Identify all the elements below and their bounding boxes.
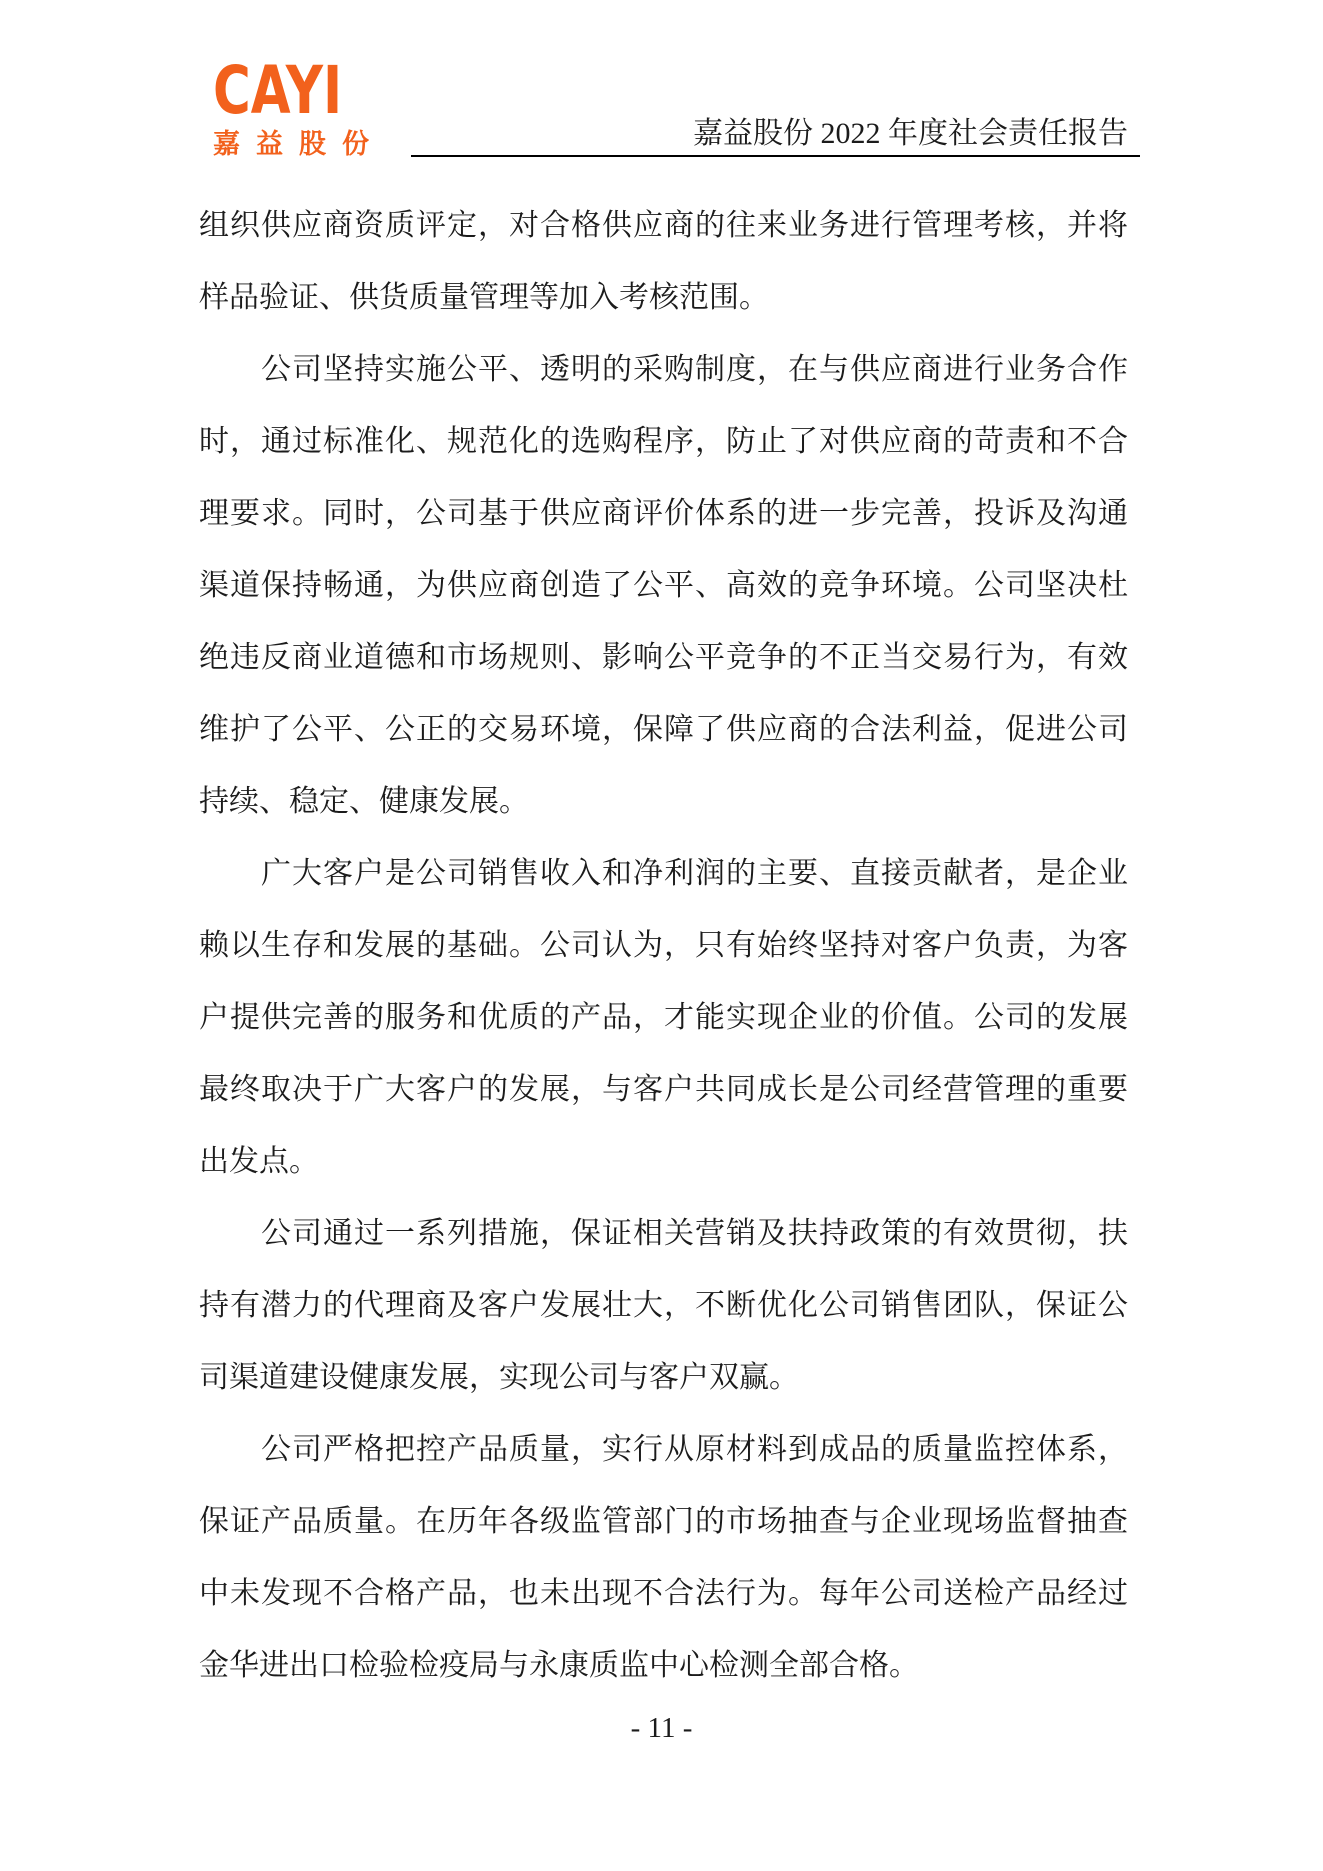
body-line: 保证产品质量。在历年各级监管部门的市场抽查与企业现场监督抽查 (199, 1486, 1128, 1558)
body-line: 广大客户是公司销售收入和净利润的主要、直接贡献者，是企业 (199, 838, 1128, 910)
body-line: 理要求。同时，公司基于供应商评价体系的进一步完善，投诉及沟通 (199, 478, 1128, 550)
report-page: CAYI 嘉益股份 嘉益股份 2022 年度社会责任报告 组织供应商资质评定，对… (0, 0, 1323, 1871)
body-line: 户提供完善的服务和优质的产品，才能实现企业的价值。公司的发展 (199, 982, 1128, 1054)
body-line: 司渠道建设健康发展，实现公司与客户双赢。 (199, 1342, 1128, 1414)
body-line: 最终取决于广大客户的发展，与客户共同成长是公司经营管理的重要 (199, 1054, 1128, 1126)
body-line: 金华进出口检验检疫局与永康质监中心检测全部合格。 (199, 1630, 1128, 1702)
report-body: 组织供应商资质评定，对合格供应商的往来业务进行管理考核，并将 样品验证、供货质量… (199, 190, 1128, 1702)
body-line: 赖以生存和发展的基础。公司认为，只有始终坚持对客户负责，为客 (199, 910, 1128, 982)
logo-subtitle-text: 嘉益股份 (213, 130, 385, 160)
body-line: 维护了公平、公正的交易环境，保障了供应商的合法利益，促进公司 (199, 694, 1128, 766)
body-line: 组织供应商资质评定，对合格供应商的往来业务进行管理考核，并将 (199, 190, 1128, 262)
logo-brand-text: CAYI (213, 58, 342, 124)
body-line: 样品验证、供货质量管理等加入考核范围。 (199, 262, 1128, 334)
body-line: 中未发现不合格产品，也未出现不合法行为。每年公司送检产品经过 (199, 1558, 1128, 1630)
report-header-title: 嘉益股份 2022 年度社会责任报告 (693, 116, 1128, 152)
header-rule-line (411, 155, 1140, 157)
body-line: 持续、稳定、健康发展。 (199, 766, 1128, 838)
page-number: - 11 - (0, 1712, 1323, 1745)
body-line: 时，通过标准化、规范化的选购程序，防止了对供应商的苛责和不合 (199, 406, 1128, 478)
body-line: 公司通过一系列措施，保证相关营销及扶持政策的有效贯彻，扶 (199, 1198, 1128, 1270)
body-line: 公司严格把控产品质量，实行从原材料到成品的质量监控体系， (199, 1414, 1128, 1486)
body-line: 渠道保持畅通，为供应商创造了公平、高效的竞争环境。公司坚决杜 (199, 550, 1128, 622)
company-logo: CAYI 嘉益股份 (213, 58, 385, 160)
body-line: 出发点。 (199, 1126, 1128, 1198)
body-line: 绝违反商业道德和市场规则、影响公平竞争的不正当交易行为，有效 (199, 622, 1128, 694)
body-line: 公司坚持实施公平、透明的采购制度，在与供应商进行业务合作 (199, 334, 1128, 406)
body-line: 持有潜力的代理商及客户发展壮大，不断优化公司销售团队，保证公 (199, 1270, 1128, 1342)
